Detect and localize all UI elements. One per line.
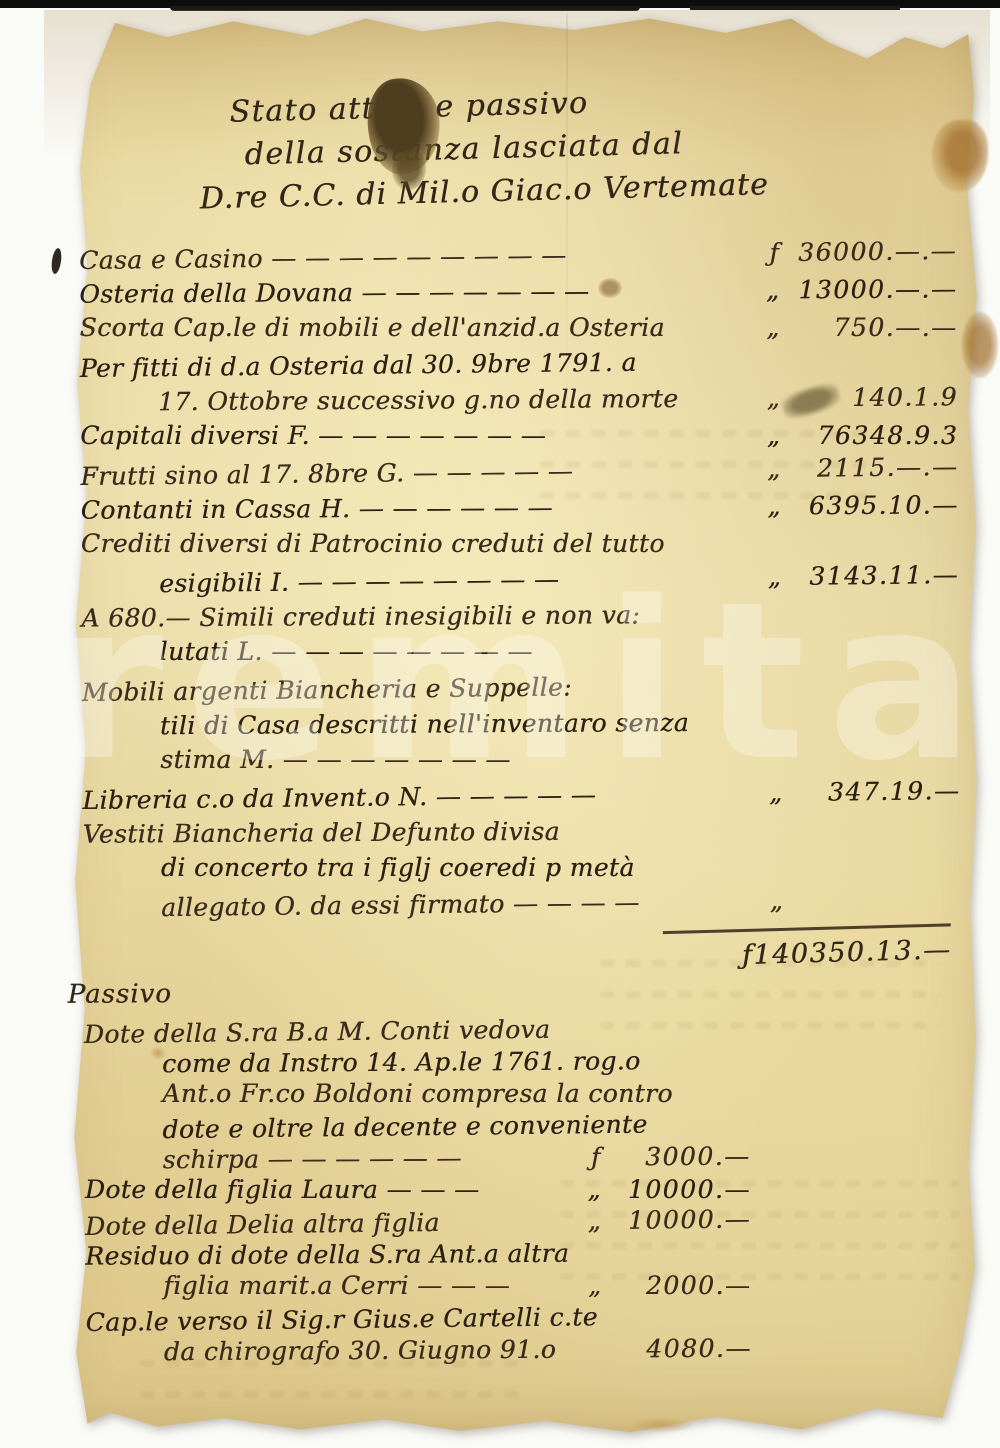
amount-value: 36000.—.—	[789, 236, 957, 267]
line-text: Crediti diversi di Patrocinio creduti de…	[81, 529, 665, 558]
amount-value: 10000.—	[611, 1204, 751, 1235]
line-text: Dote della Delia altra figlia	[85, 1208, 440, 1241]
amount-value: 6395.10.—	[791, 490, 959, 520]
line-text: da chirografo 30. Giugno 91.o	[164, 1335, 557, 1366]
document-line: Ant.o Fr.co Boldoni compresa la contro	[84, 1079, 962, 1111]
document-line: di concerto tra i figlj coeredi p metà	[83, 853, 961, 889]
amount-value: 3143.11.—	[791, 560, 959, 591]
document-line: A 680.— Simili creduti inesigibili e non…	[81, 598, 959, 639]
line-spacer	[589, 299, 745, 300]
currency-mark: „	[746, 454, 790, 483]
line-text: schirpa — — — — — —	[163, 1143, 462, 1174]
document-line: Capitali diversi F. — — — — — — —„76348.…	[80, 421, 958, 457]
currency-mark: „	[567, 1271, 611, 1300]
document-line: stima M. — — — — — — —	[82, 745, 960, 781]
line-text: Vestiti Biancheria del Defunto divisa	[83, 817, 560, 849]
amount-value: 10000.—	[611, 1175, 751, 1204]
line-text: lutati L. — — — — — — — —	[160, 637, 533, 666]
amount-value: 2115.—.—	[790, 452, 958, 483]
line-spacer	[640, 909, 749, 910]
line-text: figlia marit.a Cerri — — —	[163, 1271, 510, 1300]
currency-mark: „	[567, 1206, 611, 1235]
document-line: Scorta Cap.le di mobili e dell'anzid.a O…	[80, 313, 958, 349]
line-text: Dote della figlia Laura — — —	[85, 1175, 480, 1204]
total-row: ƒ140350.13.—	[83, 926, 951, 973]
foxing-spot	[150, 1046, 166, 1060]
document-line: Osteria della Dovana — — — — — — —„13000…	[79, 274, 957, 315]
amount-value	[642, 1323, 782, 1325]
line-text: Frutti sino al 17. 8bre G. — — — — —	[80, 456, 573, 491]
currency-mark: „	[746, 421, 790, 450]
amount-value	[692, 1130, 832, 1132]
document-line: tili di Casa descritti nell'inventaro se…	[82, 706, 960, 747]
total-currency: ƒ	[742, 940, 754, 971]
amount-value	[610, 1035, 750, 1037]
amount-value	[793, 907, 961, 909]
amount-value: 13000.—.—	[789, 274, 957, 304]
currency-mark: „	[567, 1175, 611, 1204]
line-text: Casa e Casino — — — — — — — — —	[79, 240, 567, 275]
line-text: tili di Casa descritti nell'inventaro se…	[160, 708, 689, 740]
line-text: Per fitti di d.a Osteria dal 30. 9bre 17…	[80, 348, 637, 383]
line-spacer	[572, 693, 748, 695]
line-text: 17. Ottobre successivo g.no della morte	[158, 384, 679, 416]
document-line: Vestiti Biancheria del Defunto divisa	[83, 814, 961, 855]
line-spacer	[573, 477, 746, 479]
line-text: allegato O. da essi firmato — — — —	[161, 888, 640, 922]
line-text: Mobili argenti Biancheria e Suppelle:	[82, 672, 572, 707]
line-text: stima M. — — — — — — —	[160, 745, 510, 774]
line-spacer	[440, 1230, 567, 1231]
document-line: figlia marit.a Cerri — — —„2000.—	[85, 1271, 963, 1303]
line-text: dote e oltre la decente e conveniente	[162, 1110, 647, 1145]
line-text: Ant.o Fr.co Boldoni compresa la contro	[162, 1079, 673, 1108]
document-line: Dote della figlia Laura — — —„10000.—	[85, 1175, 963, 1207]
line-spacer	[559, 585, 747, 587]
line-text: A 680.— Simili creduti inesigibili e non…	[81, 600, 640, 632]
currency-mark: ƒ	[745, 238, 789, 267]
amount-value	[792, 691, 960, 693]
document-line: lutati L. — — — — — — — —	[82, 637, 960, 673]
line-text: Capitali diversi F. — — — — — — —	[80, 421, 546, 450]
currency-mark: „	[746, 313, 790, 342]
line-spacer	[553, 515, 747, 516]
line-spacer	[560, 839, 749, 840]
amount-value	[685, 1068, 825, 1069]
line-text: come da Instro 14. Ap.le 1761. rog.o	[162, 1046, 641, 1078]
attivo-total: ƒ140350.13.—	[663, 923, 952, 973]
document-line: allegato O. da essi firmato — — — —„	[83, 884, 961, 930]
amount-value: 3000.—	[611, 1142, 751, 1172]
total-amount: 140350.13.—	[753, 934, 952, 970]
document-title: Stato attivo e passivo della sostanza la…	[229, 72, 958, 219]
amount-value: 2000.—	[611, 1271, 751, 1300]
line-text: Cap.le verso il Sig.r Gius.e Cartelli c.…	[85, 1302, 598, 1337]
line-text: esigibili I. — — — — — — — —	[159, 565, 559, 599]
line-text: Libreria c.o da Invent.o N. — — — — —	[82, 780, 596, 815]
currency-mark: „	[747, 491, 791, 520]
line-spacer	[640, 623, 747, 624]
currency-mark: „	[748, 778, 792, 807]
document-line: Crediti diversi di Patrocinio creduti de…	[81, 529, 959, 565]
currency-mark: „	[745, 275, 789, 304]
currency-mark: „	[747, 562, 791, 591]
line-text: di concerto tra i figlj coeredi p metà	[161, 853, 635, 882]
rust-stain	[962, 312, 998, 378]
amount-value: 76348.9.3	[790, 421, 958, 450]
line-text: Osteria della Dovana — — — — — — —	[79, 277, 589, 309]
line-spacer	[567, 261, 746, 263]
amount-value	[613, 1261, 753, 1262]
line-spacer	[462, 1166, 567, 1167]
line-text: Contanti in Cassa H. — — — — — —	[81, 493, 553, 525]
amount-value	[790, 367, 958, 369]
amount-value	[791, 621, 959, 622]
document-content: Stato attivo e passivo della sostanza la…	[78, 79, 964, 1369]
small-stain	[598, 278, 622, 298]
line-text: Residuo di dote della S.ra Ant.a altra	[85, 1239, 569, 1271]
amount-value: 347.19.—	[792, 776, 960, 807]
amount-value: 750.—.—	[790, 313, 958, 342]
foxing-spot	[632, 1418, 692, 1432]
line-text: Scorta Cap.le di mobili e dell'anzid.a O…	[80, 313, 665, 342]
amount-value: 4080.—	[612, 1334, 752, 1364]
document-line: Contanti in Cassa H. — — — — — —„6395.10…	[81, 490, 959, 531]
amount-value	[792, 729, 960, 730]
passivo-section: Dote della S.ra B.a M. Conti vedovacome …	[84, 1012, 964, 1369]
line-text: Dote della S.ra B.a M. Conti vedova	[84, 1015, 551, 1049]
amount-value	[793, 837, 961, 838]
currency-mark: ƒ	[567, 1142, 611, 1171]
line-spacer	[637, 369, 746, 370]
currency-mark: „	[749, 886, 793, 915]
attivo-section: Casa e Casino — — — — — — — — —ƒ36000.—.…	[79, 238, 961, 927]
line-spacer	[596, 801, 748, 803]
